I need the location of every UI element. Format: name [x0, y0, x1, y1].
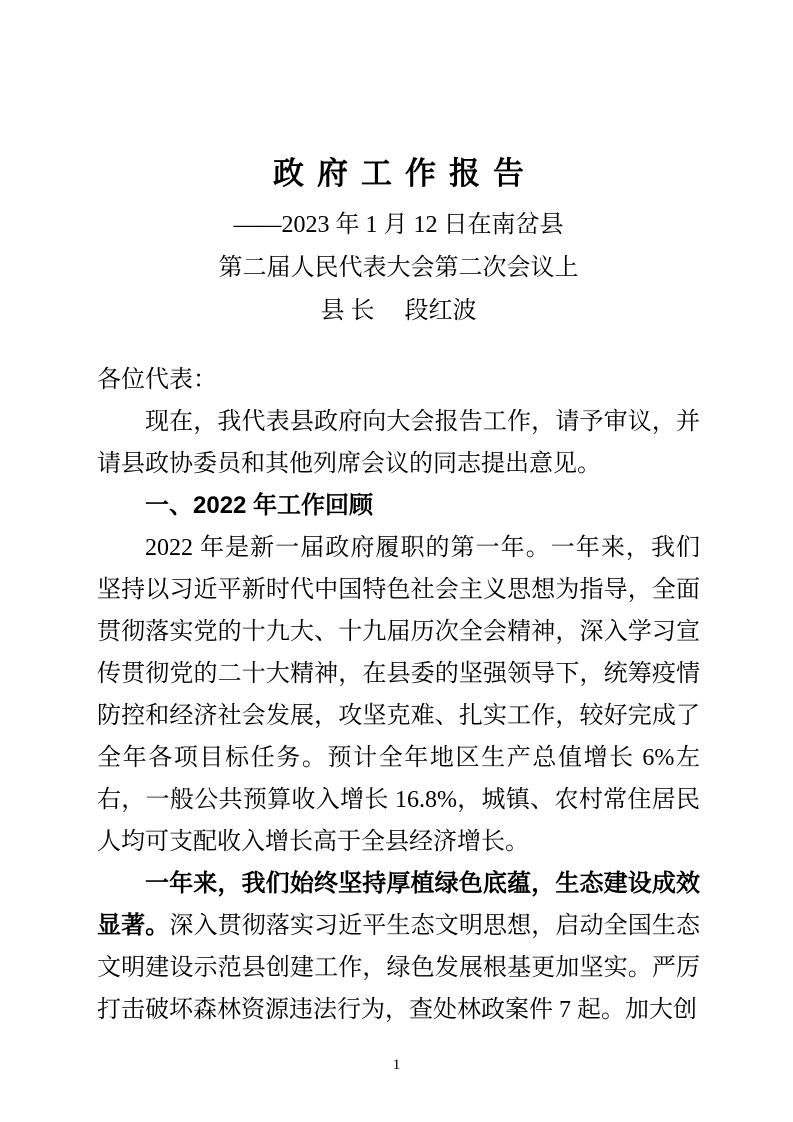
paragraph-ecology: 一年来，我们始终坚持厚植绿色底蕴，生态建设成效显著。深入贯彻落实习近平生态文明思…: [97, 863, 700, 1031]
subtitle-date-venue: ——2023 年 1 月 12 日在南岔县: [97, 204, 700, 247]
section-heading-2022-review: 一、2022 年工作回顾: [97, 485, 700, 527]
paragraph-ecology-rest: 深入贯彻落实习近平生态文明思想，启动全国生态文明建设示范县创建工作，绿色发展根基…: [97, 913, 700, 1023]
document-title: 政府工作报告: [97, 152, 700, 196]
document-body: 各位代表： 现在，我代表县政府向大会报告工作，请予审议，并请县政协委员和其他列席…: [97, 359, 700, 1031]
document-subtitle: ——2023 年 1 月 12 日在南岔县 第二届人民代表大会第二次会议上 县 …: [97, 204, 700, 333]
paragraph-2022-review: 2022 年是新一届政府履职的第一年。一年来，我们坚持以习近平新时代中国特色社会…: [97, 527, 700, 863]
subtitle-speaker: 县 长 段红波: [97, 290, 700, 333]
page-footer: 1: [0, 1056, 793, 1074]
paragraph-intro: 现在，我代表县政府向大会报告工作，请予审议，并请县政协委员和其他列席会议的同志提…: [97, 401, 700, 485]
page-number: 1: [393, 1057, 401, 1073]
subtitle-session: 第二届人民代表大会第二次会议上: [97, 247, 700, 290]
salutation: 各位代表：: [97, 359, 700, 401]
document-page: 政府工作报告 ——2023 年 1 月 12 日在南岔县 第二届人民代表大会第二…: [0, 0, 793, 1122]
